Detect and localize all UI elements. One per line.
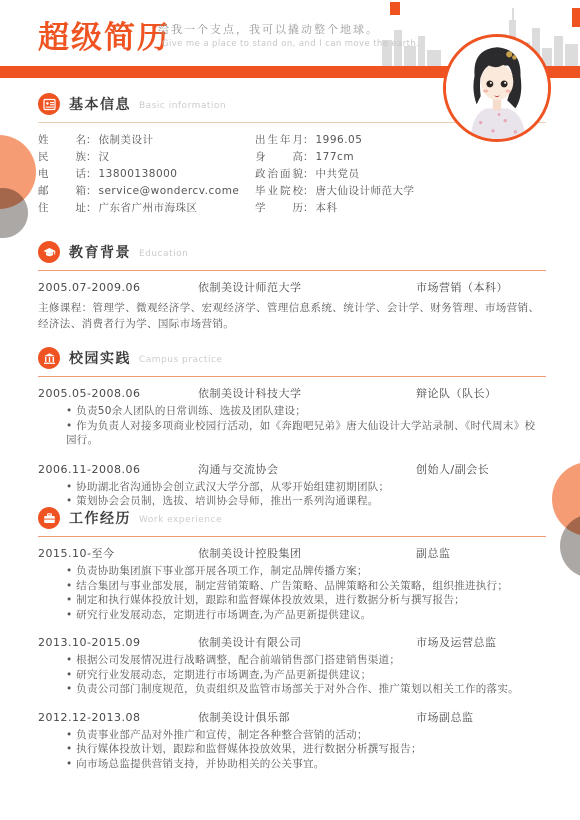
entry-bullets: 负责协助集团旗下事业部开展各项工作，制定品牌传播方案； 结合集团与事业部发展，制… xyxy=(66,564,546,622)
bullet-item: 作为负责人对接多项商业校园行活动，如《奔跑吧兄弟》唐大仙设计大学站录制、《时代周… xyxy=(66,419,546,448)
entry-bullets: 负责事业部产品对外推广和宣传，制定各种整合营销的活动； 执行媒体投放计划，跟踪和… xyxy=(66,728,546,772)
section-campus-practice: 校园实践 Campus practice 2005.05-2008.06 依制美… xyxy=(38,346,546,509)
id-card-icon xyxy=(38,93,60,115)
bullet-item: 研究行业发展动态，定期进行市场调查,为产品更新提供建议。 xyxy=(66,608,546,623)
entry-role: 市场副总监 xyxy=(416,710,546,726)
entry-bullets: 负责50余人团队的日常训练、选拔及团队建设； 作为负责人对接多项商业校园行活动，… xyxy=(66,404,546,448)
basic-info-right-column: 出生年月：1996.05 身高：177cm 政治面貌：中共党员 毕业院校：唐大仙… xyxy=(255,132,546,217)
tagline-chinese: 给我一个支点，我可以撬动整个地球。 xyxy=(158,21,379,37)
political-value: 中共党员 xyxy=(316,166,360,183)
info-row-phone: 电话：13800138000 xyxy=(38,166,255,183)
birth-value: 1996.05 xyxy=(316,132,363,149)
name-value: 依制美设计 xyxy=(99,132,154,149)
entry-header: 2015.10-至今 依制美设计控股集团 副总监 xyxy=(38,546,546,562)
section-subtitle: Basic information xyxy=(139,98,226,111)
section-header: 教育背景 Education xyxy=(38,240,546,264)
section-subtitle: Campus practice xyxy=(139,352,222,365)
info-row-degree: 学历：本科 xyxy=(255,200,546,217)
entry-header: 2005.05-2008.06 依制美设计科技大学 辩论队（队长） xyxy=(38,386,546,402)
entry-bullets: 根据公司发展情况进行战略调整，配合前端销售部门搭建销售渠道； 研究行业发展动态，… xyxy=(66,653,546,697)
campus-entry: 2005.05-2008.06 依制美设计科技大学 辩论队（队长） 负责50余人… xyxy=(38,386,546,448)
entry-header: 2005.07-2009.06 依制美设计师范大学 市场营销（本科） xyxy=(38,280,546,296)
section-title: 基本信息 xyxy=(69,94,131,114)
entry-role: 副总监 xyxy=(416,546,546,562)
section-subtitle: Work experience xyxy=(139,512,222,525)
campus-entry: 2006.11-2008.06 沟通与交流协会 创始人/副会长 协助湖北省沟通协… xyxy=(38,462,546,509)
school-value: 唐大仙设计师范大学 xyxy=(316,183,415,200)
work-entry: 2013.10-2015.09 依制美设计有限公司 市场及运营总监 根据公司发展… xyxy=(38,635,546,697)
bullet-item: 制定和执行媒体投放计划，跟踪和监督媒体投放效果，进行数据分析与撰写报告； xyxy=(66,593,546,608)
info-row-political: 政治面貌：中共党员 xyxy=(255,166,546,183)
brand-title: 超级简历 xyxy=(38,12,170,57)
education-entry: 2005.07-2009.06 依制美设计师范大学 市场营销（本科） 主修课程：… xyxy=(38,280,546,332)
entry-date: 2006.11-2008.06 xyxy=(38,462,198,478)
bullet-item: 研究行业发展动态，定期进行市场调查,为产品更新提供建议； xyxy=(66,668,546,683)
graduation-cap-icon xyxy=(38,241,60,263)
degree-value: 本科 xyxy=(316,200,338,217)
bullet-item: 负责公司部门制度规范，负责组织及监管市场部关于对外合作、推广策划以相关工作的落实… xyxy=(66,682,546,697)
work-entry: 2015.10-至今 依制美设计控股集团 副总监 负责协助集团旗下事业部开展各项… xyxy=(38,546,546,622)
bullet-item: 向市场总监提供营销支持，并协助相关的公关事宜。 xyxy=(66,757,546,772)
entry-org: 沟通与交流协会 xyxy=(198,462,416,478)
entry-header: 2013.10-2015.09 依制美设计有限公司 市场及运营总监 xyxy=(38,635,546,651)
entry-role: 辩论队（队长） xyxy=(416,386,546,402)
avatar xyxy=(443,34,551,142)
section-title: 工作经历 xyxy=(69,508,131,528)
entry-role: 创始人/副会长 xyxy=(416,462,546,478)
height-value: 177cm xyxy=(316,149,355,166)
section-education: 教育背景 Education 2005.07-2009.06 依制美设计师范大学… xyxy=(38,240,546,332)
info-row-email: 邮箱：service@wondercv.come xyxy=(38,183,255,200)
campus-building-icon xyxy=(38,347,60,369)
section-header: 工作经历 Work experience xyxy=(38,506,546,530)
bullet-item: 负责协助集团旗下事业部开展各项工作，制定品牌传播方案； xyxy=(66,564,546,579)
tagline-english: Give me a place to stand on, and I can m… xyxy=(162,39,419,49)
entry-org: 依制美设计俱乐部 xyxy=(198,710,416,726)
entry-date: 2005.05-2008.06 xyxy=(38,386,198,402)
entry-date: 2005.07-2009.06 xyxy=(38,280,198,296)
section-title: 教育背景 xyxy=(69,242,131,262)
section-header: 校园实践 Campus practice xyxy=(38,346,546,370)
info-row-school: 毕业院校：唐大仙设计师范大学 xyxy=(255,183,546,200)
email-value: service@wondercv.come xyxy=(99,183,240,200)
section-divider xyxy=(38,376,546,377)
entry-org: 依制美设计有限公司 xyxy=(198,635,416,651)
section-title: 校园实践 xyxy=(69,348,131,368)
briefcase-icon xyxy=(38,507,60,529)
entry-role: 市场营销（本科） xyxy=(416,280,546,296)
entry-date: 2012.12-2013.08 xyxy=(38,710,198,726)
entry-header: 2012.12-2013.08 依制美设计俱乐部 市场副总监 xyxy=(38,710,546,726)
entry-date: 2013.10-2015.09 xyxy=(38,635,198,651)
entry-date: 2015.10-至今 xyxy=(38,546,198,562)
bullet-item: 负责事业部产品对外推广和宣传，制定各种整合营销的活动； xyxy=(66,728,546,743)
info-row-ethnicity: 民族：汉 xyxy=(38,149,255,166)
info-row-height: 身高：177cm xyxy=(255,149,546,166)
bullet-item: 根据公司发展情况进行战略调整，配合前端销售部门搭建销售渠道； xyxy=(66,653,546,668)
section-divider xyxy=(38,270,546,271)
bullet-item: 结合集团与事业部发展，制定营销策略、广告策略、品牌策略和公关策略，组织推进执行； xyxy=(66,579,546,594)
resume-page: 超级简历 给我一个支点，我可以撬动整个地球。 Give me a place t… xyxy=(0,0,580,820)
entry-org: 依制美设计师范大学 xyxy=(198,280,416,296)
section-work-experience: 工作经历 Work experience 2015.10-至今 依制美设计控股集… xyxy=(38,506,546,771)
entry-role: 市场及运营总监 xyxy=(416,635,546,651)
basic-info-left-column: 姓名：依制美设计 民族：汉 电话：13800138000 邮箱：service@… xyxy=(38,132,255,217)
entry-org: 依制美设计控股集团 xyxy=(198,546,416,562)
bullet-item: 协助湖北省沟通协会创立武汉大学分部，从零开始组建初期团队； xyxy=(66,480,546,495)
phone-value: 13800138000 xyxy=(99,166,178,183)
courses-label: 主修课程： xyxy=(38,302,93,314)
entry-header: 2006.11-2008.06 沟通与交流协会 创始人/副会长 xyxy=(38,462,546,478)
entry-bullets: 协助湖北省沟通协会创立武汉大学分部，从零开始组建初期团队； 策划协会会员制，选拔… xyxy=(66,480,546,509)
courses-list: 管理学、微观经济学、宏观经济学、管理信息系统、统计学、会计学、财务管理、市场营销… xyxy=(38,302,539,330)
section-divider xyxy=(38,536,546,537)
section-subtitle: Education xyxy=(139,246,188,259)
work-entry: 2012.12-2013.08 依制美设计俱乐部 市场副总监 负责事业部产品对外… xyxy=(38,710,546,772)
address-value: 广东省广州市海珠区 xyxy=(99,200,198,217)
ethnicity-value: 汉 xyxy=(99,149,110,166)
entry-org: 依制美设计科技大学 xyxy=(198,386,416,402)
avatar-illustration xyxy=(446,37,548,139)
bullet-item: 负责50余人团队的日常训练、选拔及团队建设； xyxy=(66,404,546,419)
info-row-name: 姓名：依制美设计 xyxy=(38,132,255,149)
info-row-address: 住址：广东省广州市海珠区 xyxy=(38,200,255,217)
courses-paragraph: 主修课程：管理学、微观经济学、宏观经济学、管理信息系统、统计学、会计学、财务管理… xyxy=(38,300,546,332)
bullet-item: 执行媒体投放计划，跟踪和监督媒体投放效果，进行数据分析撰写报告； xyxy=(66,742,546,757)
basic-info-grid: 姓名：依制美设计 民族：汉 电话：13800138000 邮箱：service@… xyxy=(38,132,546,217)
